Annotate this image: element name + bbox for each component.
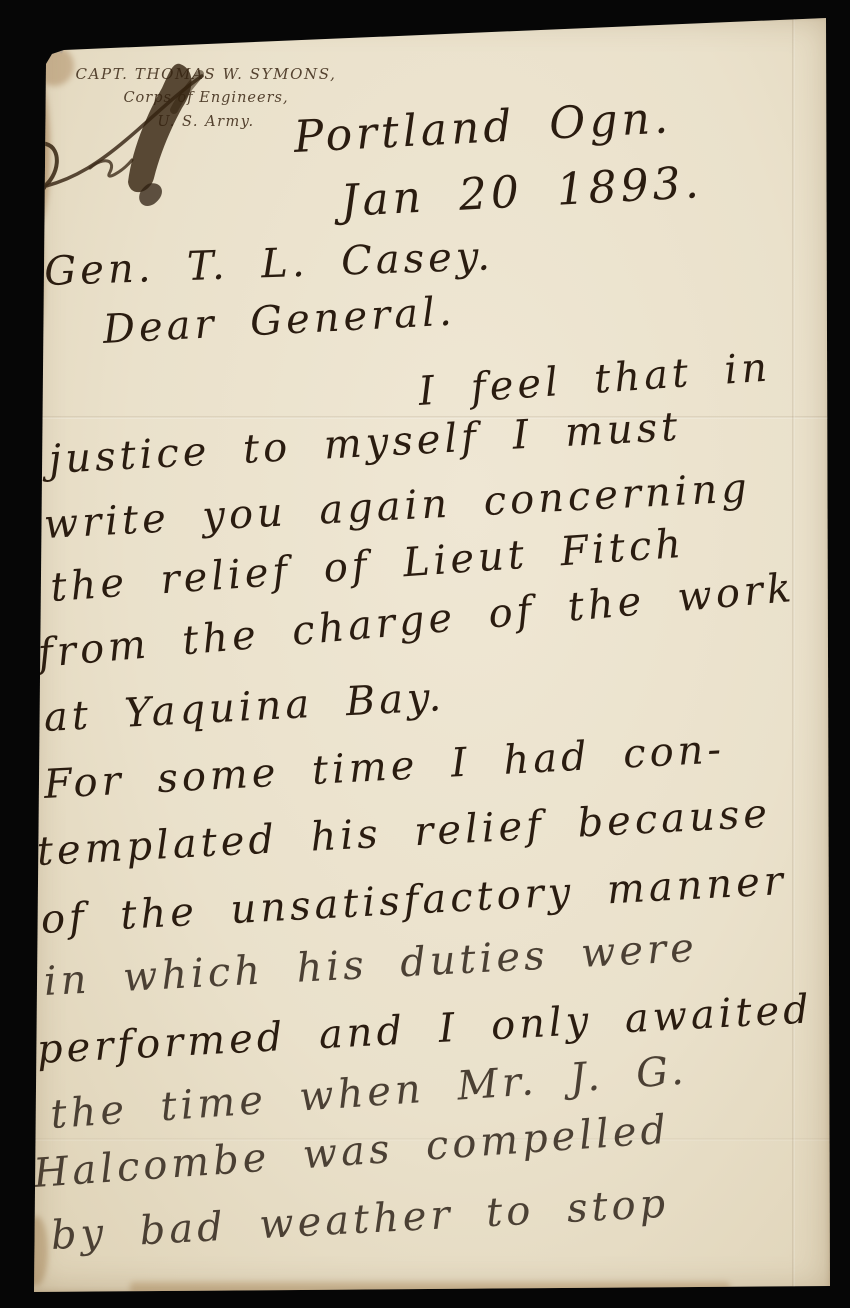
- handwritten-line: at Yaquina Bay.: [43, 677, 446, 738]
- salutation-line: Dear General.: [102, 292, 457, 350]
- fold-crease-vertical: [792, 16, 795, 1292]
- recipient-line: Gen. T. L. Casey.: [44, 236, 495, 292]
- pencil-mark: 57: [44, 38, 70, 58]
- handwritten-line: templated his relief because: [36, 794, 772, 872]
- edge-foxing-spot: [26, 216, 44, 336]
- handwritten-line: I feel that in: [417, 347, 772, 412]
- letterhead-line: CAPT. THOMAS W. SYMONS,: [56, 62, 356, 86]
- photo-background: 57 CAPT. THOMAS W. SYMONS, Corps of Engi…: [0, 0, 850, 1308]
- handwritten-line: justice to myself I must: [48, 407, 682, 480]
- letterhead-line: Corps of Engineers,: [56, 86, 356, 110]
- edge-foxing-spot: [130, 1282, 730, 1294]
- handwritten-line: For some time I had con-: [43, 729, 726, 805]
- edge-foxing-spot: [24, 76, 50, 226]
- edge-foxing-spot: [24, 1216, 48, 1286]
- handwritten-line: in which his duties were: [43, 928, 699, 1002]
- handwritten-line: by bad weather to stop: [50, 1184, 670, 1256]
- handwritten-line: performed and I only awaited: [36, 989, 814, 1070]
- letter-page: 57 CAPT. THOMAS W. SYMONS, Corps of Engi…: [30, 16, 830, 1292]
- dateline-date: Jan 20 1893.: [340, 161, 704, 224]
